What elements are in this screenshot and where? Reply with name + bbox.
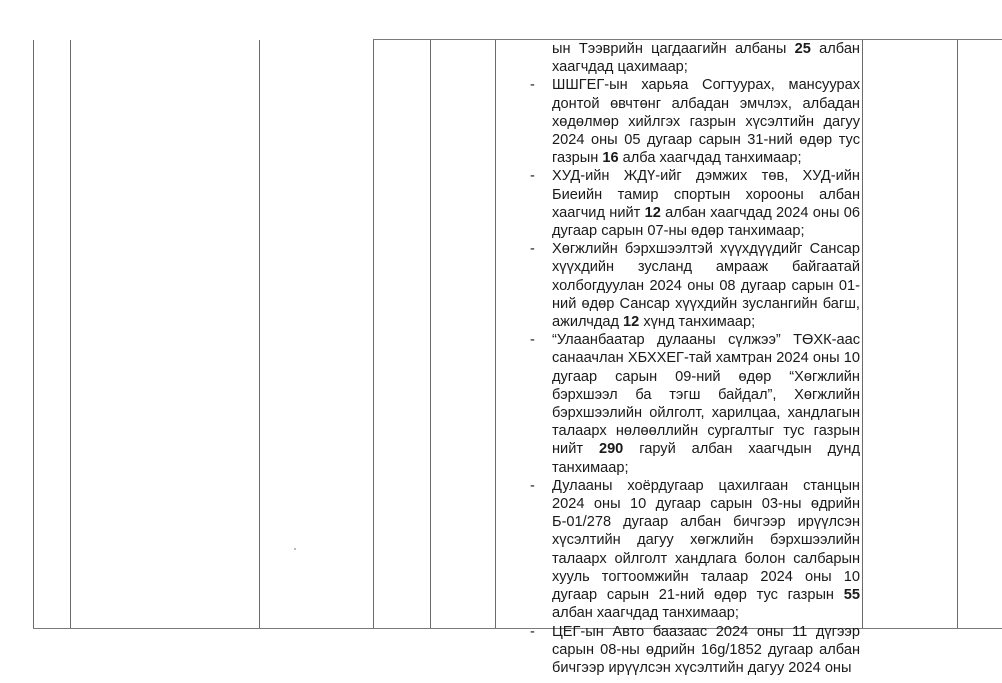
table-cell-activities: ын Тээврийн цагдаагийн албаны 25 албан х… bbox=[530, 40, 860, 677]
table-column-line bbox=[33, 40, 34, 629]
item-text: ЦЕГ-ын Авто баазаас 2024 оны 11 дүгээр с… bbox=[552, 624, 860, 676]
item-text: албан хаагчдад танхимаар; bbox=[552, 605, 739, 621]
item-text: “Улаанбаатар дулааны сүлжээ” ТӨХК-аас са… bbox=[552, 332, 860, 457]
table-column-line bbox=[495, 39, 496, 629]
list-item: -Дулааны хоёрдугаар цахилгаан станцын 20… bbox=[530, 477, 860, 623]
item-text: алба хаагчдад танхимаар; bbox=[619, 150, 802, 166]
bullet-dash: - bbox=[530, 167, 540, 185]
list-item: -ШШГЕГ-ын харьяа Согтуурах, мансуурах до… bbox=[530, 76, 860, 167]
list-item: -Хөгжлийн бэрхшээлтэй хүүхдүүдийг Сансар… bbox=[530, 240, 860, 331]
count-value: 290 bbox=[599, 441, 623, 457]
list-item: -ЦЕГ-ын Авто баазаас 2024 оны 11 дүгээр … bbox=[530, 623, 860, 678]
bullet-dash: - bbox=[530, 623, 540, 641]
bullet-dash: - bbox=[530, 76, 540, 94]
table-column-line bbox=[862, 39, 863, 629]
list-item: -ХУД-ийн ЖДҮ-ийг дэмжих төв, ХУД-ийн Бие… bbox=[530, 167, 860, 240]
scan-speck bbox=[294, 548, 296, 550]
bullet-dash: - bbox=[530, 331, 540, 349]
bullet-dash: - bbox=[530, 240, 540, 258]
count-value: 12 bbox=[623, 314, 639, 330]
table-column-line bbox=[957, 39, 958, 629]
table-column-line bbox=[373, 39, 374, 629]
item-text: хүнд танхимаар; bbox=[639, 314, 755, 330]
count-value: 55 bbox=[844, 587, 860, 603]
list-item: ын Тээврийн цагдаагийн албаны 25 албан х… bbox=[530, 40, 860, 76]
bullet-dash: - bbox=[530, 477, 540, 495]
table-column-line bbox=[259, 40, 260, 629]
table-column-line bbox=[70, 40, 71, 629]
count-value: 16 bbox=[602, 150, 618, 166]
item-text: ын Тээврийн цагдаагийн албаны bbox=[552, 41, 795, 57]
count-value: 12 bbox=[645, 205, 661, 221]
table-column-line bbox=[430, 39, 431, 629]
item-text: Дулааны хоёрдугаар цахилгаан станцын 202… bbox=[552, 478, 860, 603]
list-item: -“Улаанбаатар дулааны сүлжээ” ТӨХК-аас с… bbox=[530, 331, 860, 477]
count-value: 25 bbox=[795, 41, 811, 57]
